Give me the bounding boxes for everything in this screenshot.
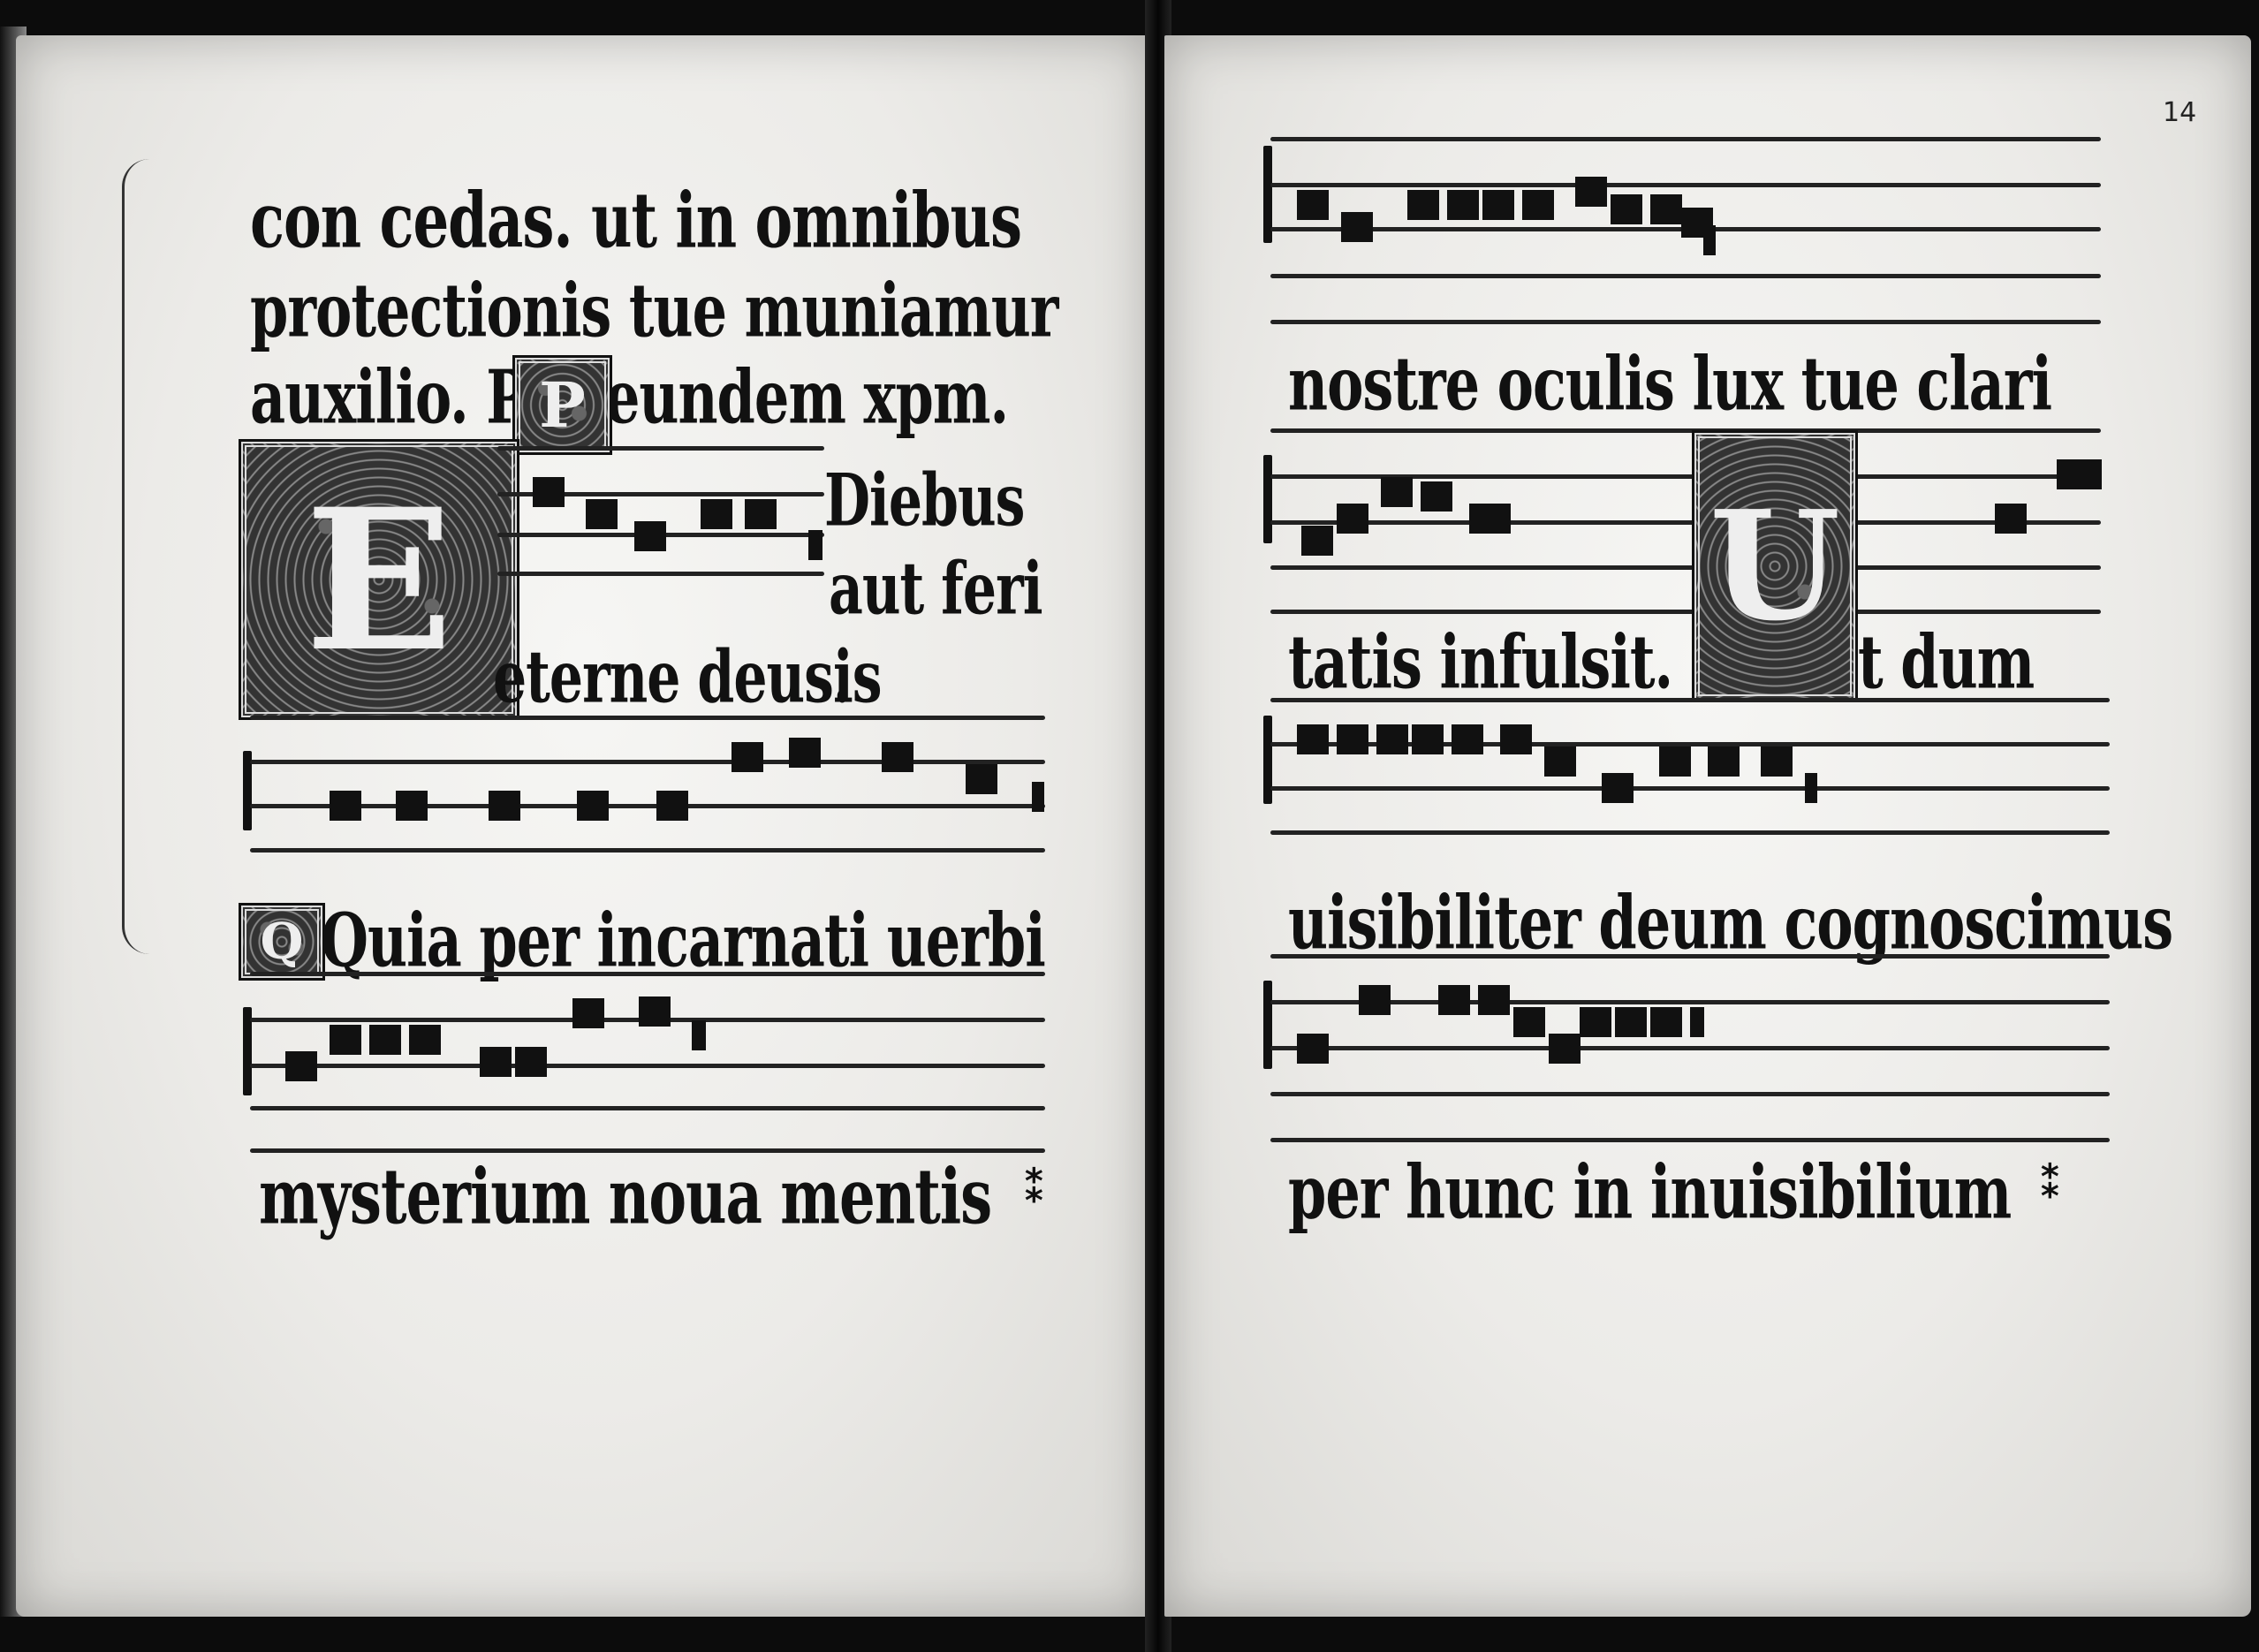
neume <box>533 477 565 507</box>
staff-line <box>1270 320 2101 324</box>
clef <box>1263 981 1272 1069</box>
neume <box>1447 190 1479 220</box>
right-page: 14 nostre oculis lux tue clari <box>1164 35 2251 1617</box>
staff-line <box>1270 1000 2110 1004</box>
text-line-uisibiliter: uisibiliter deum cognoscimus <box>1288 879 2172 966</box>
neume <box>1376 724 1408 754</box>
neume <box>692 1020 706 1050</box>
music-staff-6 <box>1270 698 2110 875</box>
staff-line <box>497 572 824 576</box>
text-line-eterne-deus: eterne deus. <box>493 636 851 720</box>
clef <box>1263 455 1272 543</box>
staff-line <box>250 716 1045 720</box>
neume <box>966 764 997 794</box>
neume <box>1469 504 1501 534</box>
neume <box>480 1047 512 1077</box>
staff-line <box>1270 137 2101 141</box>
neume <box>1482 190 1514 220</box>
neume <box>701 499 732 529</box>
text-line-diebus: Diebus <box>824 459 1024 543</box>
text-line-tatis: tatis infulsit. <box>1288 618 1672 706</box>
neume <box>1337 724 1368 754</box>
left-page: con cedas. ut in omnibus protectionis tu… <box>16 35 1151 1617</box>
decorated-initial-u: U <box>1694 433 1855 700</box>
neume <box>634 521 666 551</box>
neume <box>1381 477 1413 507</box>
text-line-quia: Quia per incarnati uerbi <box>321 897 1045 984</box>
neume <box>1650 1007 1682 1037</box>
music-staff-5 <box>1270 428 2101 614</box>
staff-line <box>1270 1138 2110 1142</box>
neume <box>396 791 428 821</box>
staff-line <box>1270 520 2101 525</box>
neume <box>1615 1007 1647 1037</box>
text-line-nostre: nostre oculis lux tue clari <box>1288 340 2051 428</box>
neume <box>1549 1034 1581 1064</box>
staff-line <box>1270 183 2101 187</box>
neume <box>1297 190 1329 220</box>
neume <box>656 791 688 821</box>
staff-line <box>1270 274 2101 278</box>
neume <box>808 530 822 560</box>
music-staff-2 <box>250 716 1045 892</box>
neume <box>732 742 763 772</box>
neume <box>1407 190 1439 220</box>
neume <box>1602 773 1634 803</box>
text-line-1: con cedas. ut in omnibus <box>250 177 1021 266</box>
staff-line <box>250 1064 1045 1068</box>
neume <box>1513 1007 1545 1037</box>
neume <box>1412 724 1444 754</box>
neume <box>1359 985 1391 1015</box>
staff-line <box>250 848 1045 853</box>
neume <box>1438 985 1470 1015</box>
neume <box>1690 1007 1704 1037</box>
music-staff-1 <box>497 446 824 658</box>
text-line-t-dum: t dum <box>1858 618 2034 706</box>
neume <box>1337 504 1368 534</box>
music-staff-7 <box>1270 954 2110 1157</box>
neume <box>2057 459 2088 489</box>
neume <box>882 742 913 772</box>
staff-line <box>1270 786 2110 791</box>
neume <box>1703 225 1716 255</box>
staff-line <box>1270 698 2110 702</box>
staff-line <box>497 446 824 451</box>
custos-mark: ⁑ <box>2039 1157 2062 1209</box>
decorated-initial-p: P <box>515 358 610 452</box>
neume <box>2088 459 2102 489</box>
neume <box>1995 504 2027 534</box>
neume <box>1805 773 1817 803</box>
neume <box>1650 194 1682 224</box>
music-staff-3 <box>250 972 1045 1166</box>
marginal-flourish <box>122 159 178 954</box>
custos-mark: ⁑ <box>1023 1162 1046 1213</box>
staff-line <box>1270 565 2101 570</box>
neume <box>572 998 604 1028</box>
neume <box>1478 985 1510 1015</box>
neume <box>1032 782 1044 812</box>
staff-line <box>1270 428 2101 433</box>
neume <box>1544 746 1576 777</box>
neume <box>330 791 361 821</box>
neume <box>1761 746 1793 777</box>
neume <box>1580 1007 1611 1037</box>
staff-line <box>1270 1046 2110 1050</box>
neume <box>515 1047 547 1077</box>
neume <box>1301 526 1333 556</box>
music-staff-4 <box>1270 137 2101 314</box>
neume <box>489 791 520 821</box>
neume <box>1421 481 1452 512</box>
clef <box>1263 716 1272 804</box>
staff-line <box>1270 1092 2110 1096</box>
neume <box>369 1025 401 1055</box>
decorated-initial-q: Q <box>241 906 322 978</box>
neume <box>1452 724 1483 754</box>
text-line-is: is <box>833 636 882 720</box>
decorated-initial-e: E <box>241 442 517 717</box>
neume <box>745 499 777 529</box>
folio-number: 14 <box>2163 97 2196 128</box>
staff-line <box>250 1106 1045 1110</box>
staff-line <box>250 972 1045 976</box>
neume <box>1575 177 1607 207</box>
neume <box>1297 724 1329 754</box>
neume <box>1522 190 1554 220</box>
neume <box>1500 724 1532 754</box>
neume <box>586 499 618 529</box>
neume <box>1708 746 1740 777</box>
staff-line <box>1270 610 2101 614</box>
staff-line <box>250 760 1045 764</box>
neume <box>1611 194 1642 224</box>
text-line-3-part-1: auxilio. Per eundem xpm. <box>250 353 1008 441</box>
staff-line <box>250 804 1045 808</box>
neume <box>1297 1034 1329 1064</box>
text-line-2: protectionis tue muniamur <box>250 267 1057 354</box>
neume <box>639 997 671 1027</box>
staff-line <box>1270 830 2110 835</box>
neume <box>1341 212 1373 242</box>
neume <box>577 791 609 821</box>
neume <box>1659 746 1691 777</box>
text-line-aut-feri: aut feri <box>829 548 1042 632</box>
neume <box>285 1051 317 1081</box>
neume <box>409 1025 441 1055</box>
text-segment: auxilio. Per eundem xpm. <box>250 353 1008 441</box>
text-line-per-hunc: per hunc in inuisibilium <box>1288 1148 2011 1236</box>
staff-line <box>1270 954 2110 959</box>
neume <box>789 738 821 768</box>
text-line-mysterium: mysterium noua mentis <box>259 1153 991 1242</box>
neume <box>1498 504 1511 534</box>
neume <box>330 1025 361 1055</box>
